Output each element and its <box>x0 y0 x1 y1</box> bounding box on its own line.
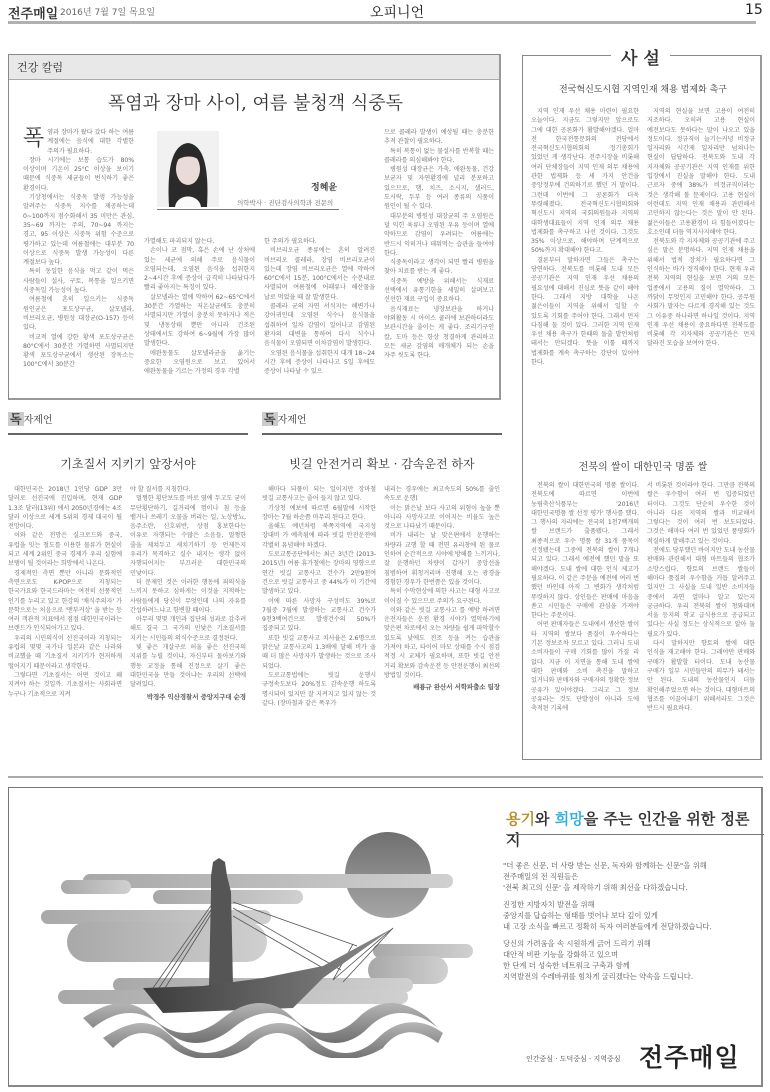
paragraph: 기상청 예보에 따르면 6월말에 시작한 장마는 7월 하순쯤 마무리 된다고 … <box>262 504 376 523</box>
paragraph: 오염된 음식물을 섭취한지 대개 18~24 시간 후에 증상이 나타나고 5일… <box>264 349 375 377</box>
article-column-4: 므로 콜레라 발생이 예상될 때는 충분한 추적 관찰이 필요하다. 특히 복통… <box>384 128 494 360</box>
section-rule <box>8 433 248 435</box>
paragraph: 빛 좋은 개살구로 허울 좋은 선진국의 지위를 누릴 것이냐, 자신부터 돌아… <box>130 643 246 689</box>
reader-tag: 독자제언 <box>8 410 248 427</box>
paragraph: 이에 따른 사망자 구성비도 39%로 7월중 7월에 발생하는 교통사고 건수… <box>262 597 376 634</box>
letter-column-1: 해마다 되풀이 되는 일이지만 장마철 빗길 교통사고는 줄어 들지 않고 있다… <box>262 485 376 708</box>
paragraph: 해마다 되풀이 되는 일이지만 장마철 빗길 교통사고는 줄어 들지 않고 있다… <box>262 485 376 504</box>
paragraph: 장마 시기에는 보통 습도가 80% 이상이며 기온이 25°C 이상을 보이기… <box>23 156 134 193</box>
reader-tag-rest: 자제언 <box>24 415 53 426</box>
reader-tag-first: 독 <box>262 412 278 426</box>
article-column-2: 가열해도 파괴되지 않는다. 손이나 코 점막, 혹은 손에 난 상처에 있는 … <box>144 237 255 376</box>
author-photo <box>157 131 219 207</box>
paragraph: 이와 같은 빗길 교통사고 를 예방 하려면 운전자들은 운전 환경 시야가 열… <box>384 606 500 680</box>
headline-accent-courage: 용기 <box>506 810 535 828</box>
article-title: 빗길 안전거리 확보 · 감속운전 하자 <box>262 455 502 472</box>
page-number: 15 <box>745 2 763 18</box>
reader-tag-rest: 자제언 <box>278 415 307 426</box>
paragraph: 올해도 예년처럼 북쪽지역에 국지성 장대비 가 예측됨에 따라 빗길 안전운전… <box>262 522 376 550</box>
ad-headline: 용기와 희망을 주는 인간을 위한 정론지 <box>506 808 761 850</box>
paragraph: 야 할 질서를 지칭한다. <box>130 485 246 494</box>
paragraph: 서 비롯된 것이라야 한다. 그만큼 전북의 쌀은 우수함이 여러 번 입증되었… <box>647 481 755 546</box>
ad-body: "더 좋은 신문, 더 사랑 받는 신문, 독자와 함께하는 신문"을 위해 전… <box>503 860 763 988</box>
author-name: 정혜윤 <box>311 180 337 193</box>
paragraph: 도로교통공단에서는 최근 3년간 (2013- 2015년) 여름 휴가철에는 … <box>262 550 376 596</box>
paragraph: 특히 수막현상에 의한 사고는 대형 사고로 이어질 수 있으므로 주의가 요구… <box>384 587 500 606</box>
paragraph: 대부분의 병원성 대장균의 주 오염원은 덜 익힌 육류나 오염된 우유 등이며… <box>384 212 494 258</box>
editorial-title-1: 전국혁신도시협 지역인재 채용 법제화 촉구 <box>523 82 763 95</box>
paragraph: 내리는 경우에는 최고속도의 50%를 줄인 속도로 운행) <box>384 485 500 504</box>
paragraph: 므로 콜레라 발생이 예상될 때는 충분한 추적 관찰이 필요하다. <box>384 128 494 147</box>
paragraph: 식중독 예방을 위해서는 식재료 선택에서 유통기한을 세밀히 살펴보고 신선한… <box>384 277 494 305</box>
editorial-box: 사 설 전국혁신도시협 지역인재 채용 법제화 촉구 지역 인재 우선 채용 마… <box>522 55 762 760</box>
paragraph: 특히 동일한 음식을 먹고 같이 먹은 사람들이 설사, 구토, 복통을 일으키… <box>23 267 134 295</box>
paragraph: 이는 맑은날 보다 사고의 위험이 높을 뿐 아니라 사망사고로 이어지는 비율… <box>384 504 500 532</box>
ad-paragraph-1: "더 좋은 신문, 더 사랑 받는 신문, 독자와 함께하는 신문"을 위해 전… <box>503 860 763 893</box>
paragraph: 결론부터 말하자면 그들은 촉구는 당연하다. 전북도를 비롯해 도내 모든 공… <box>531 256 639 368</box>
ad-slogan: 인간중심 · 도덕중심 · 지역중심 <box>526 1054 621 1064</box>
paragraph: 더 문제인 것은 이러한 행동에 죄의식을 느끼지 못하고 심하게는 이것을 지… <box>130 578 246 615</box>
paragraph: 지역의 현실을 보면 고용이 여전히 저조하다. 오히려 고용 현실이 예전보다… <box>647 107 755 237</box>
paragraph: 그렇다면 기초질서는 어떤 것이고 왜 지켜야 하는 것일까. 기초질서는 사회… <box>8 671 122 699</box>
ad-top-rule <box>8 776 763 778</box>
headline-text: 와 <box>535 810 555 828</box>
column-header: 건강 칼럼 <box>9 55 499 80</box>
article-column-3: 한 주의가 필요하다. 비브리오균 종류에는 흔히 알려진 비브리오 콜레라, … <box>264 237 375 376</box>
author-title: 의학박사 · 진단검사의학과 전문의 <box>237 198 333 207</box>
reader-tag: 독자제언 <box>262 410 502 427</box>
ad-logo: 전주매일 <box>639 1038 740 1074</box>
ship-pen-mast-illustration <box>23 818 483 1058</box>
masthead-date: 2016년 7월 7일 목요일 <box>60 5 155 18</box>
paragraph: 전에도 당부했던 바이지만 도내 농산물 판매와 관련해서 대형 마트들의 협조… <box>647 546 755 639</box>
letter-column-2: 야 할 질서를 지칭한다. 멀쩡한 횡단보도를 바로 옆에 두고도 굳이 무단횡… <box>130 485 246 702</box>
paragraph: 멀쩡한 횡단보도를 바로 옆에 두고도 굳이 무단횡단하기, 길거리에 껌이나 … <box>130 494 246 578</box>
ad-paragraph-3: 당신의 가려움을 속 시원하게 긁어 드리기 위해 대안적 비판 기능을 강화하… <box>503 938 763 982</box>
dropcap: 폭 <box>23 128 44 150</box>
editorial-title-2: 전북의 쌀이 대한민국 명품 쌀 <box>523 458 763 473</box>
letter-signoff: 박경주 익산경찰서 중앙지구대 순경 <box>130 693 246 702</box>
health-column: 건강 칼럼 폭염과 장마 사이, 여름 불청객 식중독 폭 염과 장마가 왔다 … <box>8 54 501 400</box>
letter-column-1: 대한민국은 2018년 1인당 GDP 3만 달러로 선진국에 진입하며, 현재… <box>8 485 122 699</box>
paragraph: 비가 내리는 날 맞은편에서 운행하는 차량과 교행 할 때 전면 유리창에 튄… <box>384 531 500 587</box>
paragraph: 기상청에서는 식중독 발생 가능성을 알려주는 식중독 지수를 제공하는데 0~… <box>23 193 134 267</box>
paragraph: 경제적인 측면 뿐만 아니라 문화적인 측면으로도 K-POP으로 지칭되는 한… <box>8 569 122 634</box>
paragraph: 대한민국은 2018년 1인당 GDP 3만 달러로 선진국에 진입하며, 현재… <box>8 485 122 531</box>
reader-letter-2: 독자제언 빗길 안전거리 확보 · 감속운전 하자 해마다 되풀이 되는 일이지… <box>262 410 502 765</box>
masthead-rule <box>8 21 756 24</box>
paragraph: 여름철에 흔히 일으키는 식중독 원인균은 포도상구균, 살모넬라, 비브리오균… <box>23 295 134 332</box>
paragraph: 또한 빗길 교통사고 치사율은 2.6명으로 맑은날 교통사고의 1.3배에 달… <box>262 634 376 671</box>
paragraph: 음식재료는 냉장보관을 하거나 야외활동 시 아이스 쿨러에 보관하더라도 보관… <box>384 305 494 361</box>
paragraph: 특히 복통이 없는 물설사를 반복할 때는 콜레라를 의심해봐야 한다. <box>384 147 494 166</box>
paragraph: 지역 인재 우선 채용 마련이 필요한 오늘이다. 지금도 그렇지만 앞으로도 … <box>531 107 639 256</box>
paragraph: 살모넬라는 열에 약하여 62~65°C에서 30분간 가열하는 저온살균에도 … <box>144 293 255 349</box>
article-column-1: 폭 염과 장마가 왔다 갔다 하는 여름 계절에는 음식에 대한 각별한 주의가… <box>23 128 134 370</box>
paragraph: 한 주의가 필요하다. <box>264 237 375 246</box>
ad-paragraph-2: 진정한 지방자치 발전을 위해 중앙지를 답습하는 형태를 벗어나 보다 깊이 … <box>503 899 763 932</box>
editorial-1-column-1: 지역 인재 우선 채용 마련이 필요한 오늘이다. 지금도 그렇지만 앞으로도 … <box>531 107 639 367</box>
editorial-header: 사 설 <box>611 44 670 69</box>
paragraph: 비브리오균 종류에는 흔히 알려진 비브리오 콜레라, 장염 비브리오균이 있는… <box>264 246 375 302</box>
section-title: 오피니언 <box>370 2 424 22</box>
paragraph: 전북도와 각 지자체와 공공기관에 주고 싶은 말은 분명하다. 지역 인재 채… <box>647 237 755 349</box>
editorial-1-column-2: 지역의 현실을 보면 고용이 여전히 저조하다. 오히려 고용 현실이 예전보다… <box>647 107 755 349</box>
editorial-2-column-2: 서 비롯된 것이라야 한다. 그만큼 전북의 쌀은 우수함이 여러 번 입증되었… <box>647 481 755 713</box>
masthead-brand: 전주매일 <box>8 3 58 22</box>
editorial-2-column-1: 전북의 쌀이 대한민국의 명품 쌀이다. 전북도에 따르면 이번에 농림축산식품… <box>531 481 639 713</box>
letter-column-2: 내리는 경우에는 최고속도의 50%를 줄인 속도로 운행) 이는 맑은날 보다… <box>384 485 500 693</box>
paragraph: 도로교통법에는 빗길 운행시 규정속도보다 20%정도 감속운행 하도록 명시되… <box>262 671 376 708</box>
paragraph: 식중독이라고 생각이 되면 빨리 병원을 찾아 치료를 받는 게 좋다. <box>384 258 494 277</box>
paragraph: 어떤 판매자들은 도내에서 생산한 쌀이 타 지역의 쌀보다 품질이 우수하다는… <box>531 620 639 713</box>
section-rule <box>262 433 502 435</box>
paragraph: 손이나 코 점막, 혹은 손에 난 상처에 있는 세균에 의해 주로 음식물이 … <box>144 246 255 292</box>
paragraph: 아무리 몇몇 개인과 집단의 성과로 감추려 해도 결국 그 국가의 민낯은 기… <box>130 615 246 643</box>
paragraph: 비교적 열에 강한 황색 포도상구균은 80°C에서 30분간 가열하면 사멸되… <box>23 333 134 370</box>
article-title: 폭염과 장마 사이, 여름 불청객 식중독 <box>9 89 502 115</box>
reader-tag-first: 독 <box>8 412 24 426</box>
byline-rule <box>157 209 339 210</box>
paragraph: 다시 말하지만 향토의 쌀에 대한 인식을 재고해야 한다. 그래야만 판매와 … <box>647 639 755 713</box>
portrait-icon <box>157 131 219 207</box>
paragraph: 우리의 시민의식이 선진국이라 지칭되는 유럽의 몇몇 국가나 일본과 같은 나… <box>8 634 122 671</box>
paragraph: 가열해도 파괴되지 않는다. <box>144 237 255 246</box>
paragraph: 병원성 대장균은 가축, 애완동물, 건강 보균자 및 자연환경에 널리 분포하… <box>384 165 494 211</box>
letter-signoff: 배룡규 완산서 서학파출소 팀장 <box>384 683 500 692</box>
ad-headline-rule <box>506 834 764 835</box>
headline-accent-hope: 희망 <box>555 810 584 828</box>
paragraph: 애완동물도 살모넬라균을 옮기는 중요한 오염원으로 보고 있어서 애완동물을 … <box>144 349 255 377</box>
reader-letter-1: 독자제언 기초질서 지키기 앞장서야 대한민국은 2018년 1인당 GDP 3… <box>8 410 248 765</box>
paragraph: 이와 같은 전망은 실크로드와 중국, 유럽을 잇는 철도를 이용한 물류가 현… <box>8 531 122 568</box>
paragraph: 콜레라 균의 자연 서식지는 해변가나 강어귀인데 오염된 식수나 음식물을 섭… <box>264 302 375 348</box>
paragraph: 전북의 쌀이 대한민국의 명품 쌀이다. 전북도에 따르면 이번에 농림축산식품… <box>531 481 639 620</box>
article-title: 기초질서 지키기 앞장서야 <box>8 455 248 472</box>
advertisement: 용기와 희망을 주는 인간을 위한 정론지 "더 좋은 신문, 더 사랑 받는 … <box>8 787 763 1087</box>
